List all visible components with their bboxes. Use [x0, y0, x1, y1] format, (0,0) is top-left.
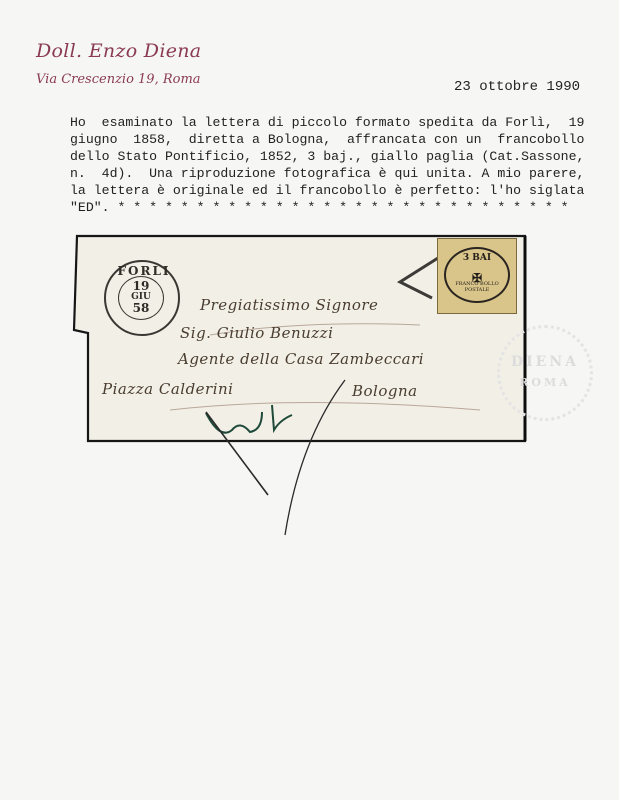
stamp-top-text: 3 BAI	[446, 253, 508, 263]
address-line: Agente della Casa Zambeccari	[178, 350, 424, 368]
address-line: Bologna	[352, 382, 418, 400]
embossed-seal: DIENA ROMA	[497, 325, 593, 421]
postmark-year: 58	[119, 301, 163, 315]
postage-stamp: 3 BAI ✠ FRANCO BOLLO POSTALE	[437, 238, 517, 314]
address-line: Pregiatissimo Signore	[200, 296, 378, 314]
postmark: FORLI 19 GIU 58	[104, 260, 180, 336]
seal-line2: ROMA	[500, 376, 590, 389]
address-line: Sig. Giulio Benuzzi	[180, 324, 333, 342]
stamp-oval: 3 BAI ✠ FRANCO BOLLO POSTALE	[444, 247, 510, 303]
address-line: Piazza Calderini	[102, 380, 233, 398]
postmark-day: 19	[119, 279, 163, 293]
seal-line1: DIENA	[500, 354, 590, 370]
stamp-bottom-text: FRANCO BOLLO POSTALE	[446, 281, 508, 293]
postmark-inner-ring: 19 GIU 58	[118, 276, 164, 320]
